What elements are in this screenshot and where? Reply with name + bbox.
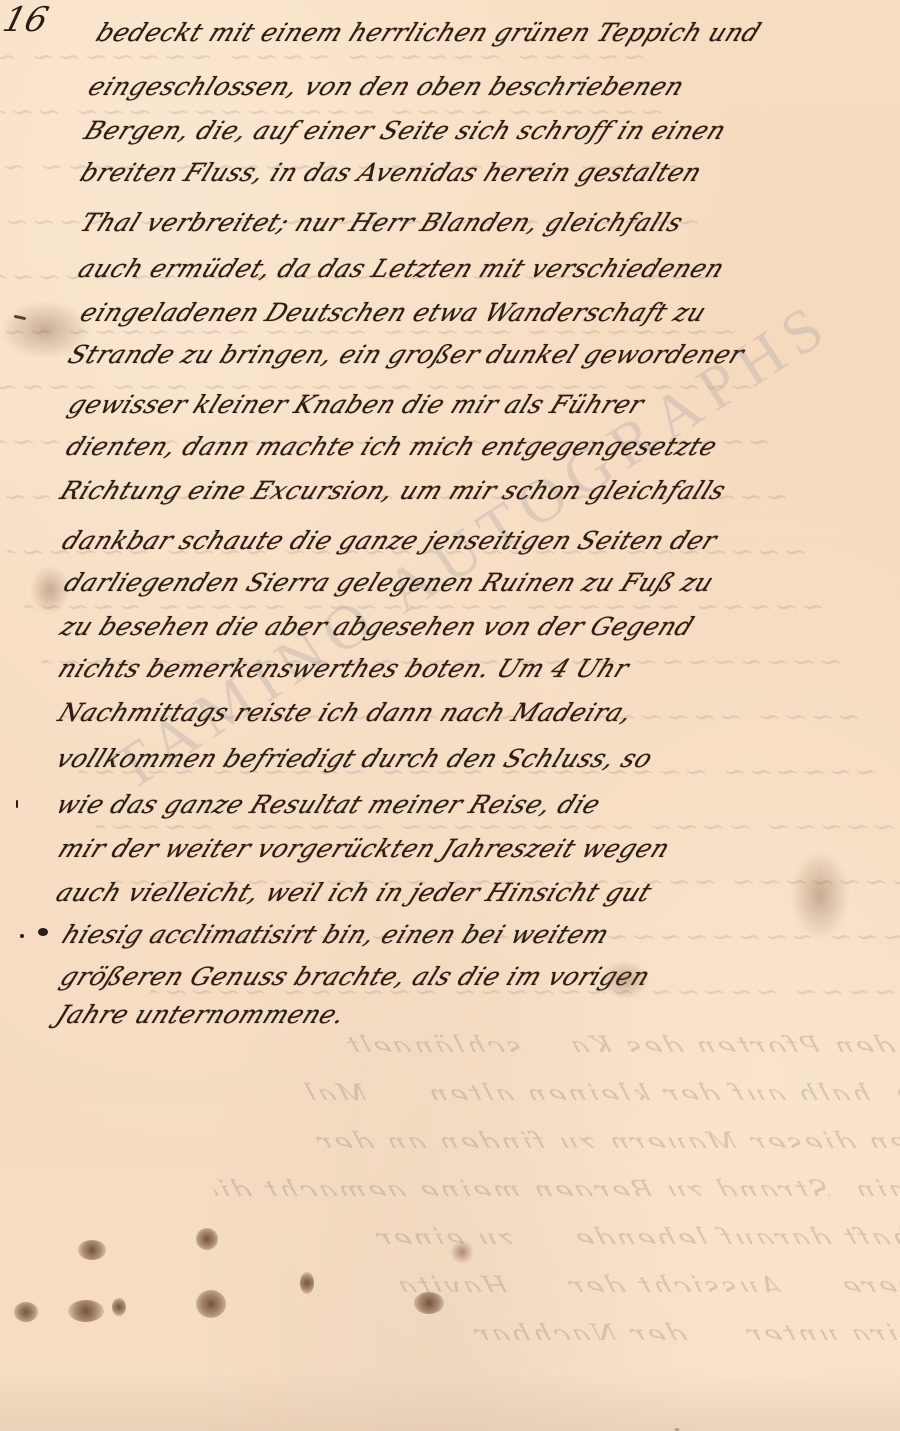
handwritten-line: auch vielleicht, weil ich in jeder Hinsi… bbox=[52, 878, 656, 907]
paper-smudge bbox=[0, 300, 90, 360]
handwritten-line: mir der weiter vorgerückten Jahreszeit w… bbox=[54, 834, 675, 863]
foxing-stain bbox=[68, 1300, 104, 1322]
handwritten-line: dienten, dann machte ich mich entgegenge… bbox=[62, 432, 722, 461]
foxing-stain bbox=[300, 1272, 314, 1294]
handwritten-line: eingeladenen Deutschen etwa Wanderschaft… bbox=[76, 298, 711, 327]
foxing-stain bbox=[14, 1302, 38, 1322]
handwritten-line: zu besehen die aber abgesehen von der Ge… bbox=[56, 612, 699, 641]
paper-smudge bbox=[790, 850, 850, 940]
handwritten-line: breiten Fluss, in das Avenidas herein ge… bbox=[76, 158, 707, 187]
margin-ink-dot bbox=[20, 934, 24, 938]
paper-spot bbox=[450, 1240, 474, 1264]
handwritten-line: Thal verbreitet; nur Herr Blanden, gleic… bbox=[76, 208, 688, 237]
handwritten-line: größeren Genuss brachte, als die im vori… bbox=[56, 962, 655, 991]
paper-smudge bbox=[30, 565, 70, 615]
handwritten-line: hiesig acclimatisirt bin, einen bei weit… bbox=[58, 920, 614, 949]
foxing-stain bbox=[78, 1240, 106, 1260]
document-page: ~~~~~ ~~~~~~ ~~~~ ~~~~~~~ ~~~~ ~~~~~ ~~~… bbox=[0, 0, 900, 1431]
handwritten-line: bedeckt mit einem herrlichen grünen Tepp… bbox=[92, 18, 766, 47]
handwritten-line: Richtung eine Excursion, um mir schon gl… bbox=[56, 476, 730, 505]
handwritten-line: wie das ganze Resultat meiner Reise, die bbox=[52, 790, 605, 819]
foxing-stain bbox=[196, 1290, 226, 1318]
handwritten-line: vollkommen befriedigt durch den Schluss,… bbox=[52, 744, 657, 773]
handwritten-line: Strande zu bringen, ein großer dunkel ge… bbox=[64, 340, 749, 369]
foxing-stain bbox=[414, 1292, 444, 1314]
margin-ink-blot bbox=[38, 928, 48, 936]
handwritten-line: auch ermüdet, da das Letzten mit verschi… bbox=[74, 254, 729, 283]
foxing-stain bbox=[196, 1228, 218, 1250]
handwritten-line: nichts bemerkenswerthes boten. Um 4 Uhr bbox=[54, 654, 634, 683]
handwritten-line: dankbar schaute die ganze jenseitigen Se… bbox=[58, 526, 722, 555]
margin-ink-mark bbox=[16, 800, 18, 808]
page-number: 16 bbox=[0, 0, 53, 40]
handwritten-line: eingeschlossen, von den oben beschrieben… bbox=[84, 72, 689, 101]
handwritten-line: Nachmittags reiste ich dann nach Madeira… bbox=[54, 698, 637, 727]
handwritten-line: gewisser kleiner Knaben die mir als Führ… bbox=[64, 390, 649, 419]
handwritten-line: darliegenden Sierra gelegenen Ruinen zu … bbox=[60, 568, 719, 597]
foxing-stain bbox=[112, 1298, 126, 1316]
paper-smudge bbox=[600, 960, 650, 1000]
paper-bottom-edge bbox=[0, 1371, 900, 1431]
handwritten-line: Bergen, die, auf einer Seite sich schrof… bbox=[80, 116, 731, 145]
handwritten-line: Jahre unternommene. bbox=[52, 1000, 350, 1029]
